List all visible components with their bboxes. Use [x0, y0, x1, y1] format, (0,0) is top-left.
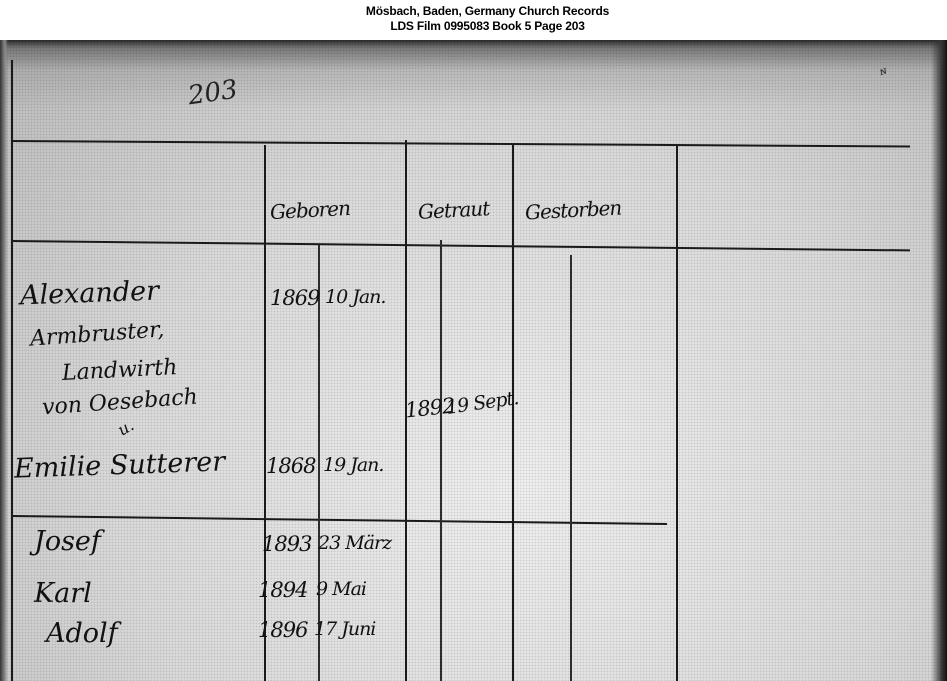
left-margin-rule: [11, 60, 13, 681]
column-rule-died-year-date: [570, 255, 572, 681]
child-birth-date: 17 Juni: [314, 618, 375, 640]
child-birth-year: 1896: [258, 618, 307, 642]
wife-birth-year: 1868: [266, 454, 315, 478]
husband-birth-year: 1869: [270, 286, 319, 310]
wife-birth-date: 19 Jan.: [323, 454, 383, 476]
column-header-died: Gestorben: [524, 195, 621, 224]
husband-name: Alexander: [20, 276, 160, 312]
page-binding-edge: [0, 40, 8, 681]
child-birth-year: 1894: [258, 578, 307, 602]
column-rule-died-remarks: [676, 145, 678, 681]
husband-birth-date: 10 Jan.: [325, 286, 385, 308]
child-name: Adolf: [46, 618, 118, 649]
caption-title: Mösbach, Baden, Germany Church Records: [14, 4, 947, 18]
child-name: Josef: [34, 526, 101, 557]
caption-header: Mösbach, Baden, Germany Church Records L…: [0, 0, 947, 40]
register-page-scan: 203 ᶰ Geboren Getraut Gestorben Alexande…: [0, 40, 947, 681]
child-birth-date: 9 Mai: [316, 578, 366, 600]
child-birth-date: 23 März: [318, 532, 391, 554]
column-header-married: Getraut: [417, 196, 489, 224]
column-rule-married-died: [512, 145, 514, 681]
child-name: Karl: [34, 578, 92, 609]
column-rule-married-year-date: [440, 240, 442, 681]
child-birth-year: 1893: [262, 532, 311, 556]
caption-film-reference: LDS Film 0995083 Book 5 Page 203: [14, 19, 947, 33]
column-header-born: Geboren: [269, 196, 350, 224]
column-rule-born-year-date: [318, 245, 320, 681]
